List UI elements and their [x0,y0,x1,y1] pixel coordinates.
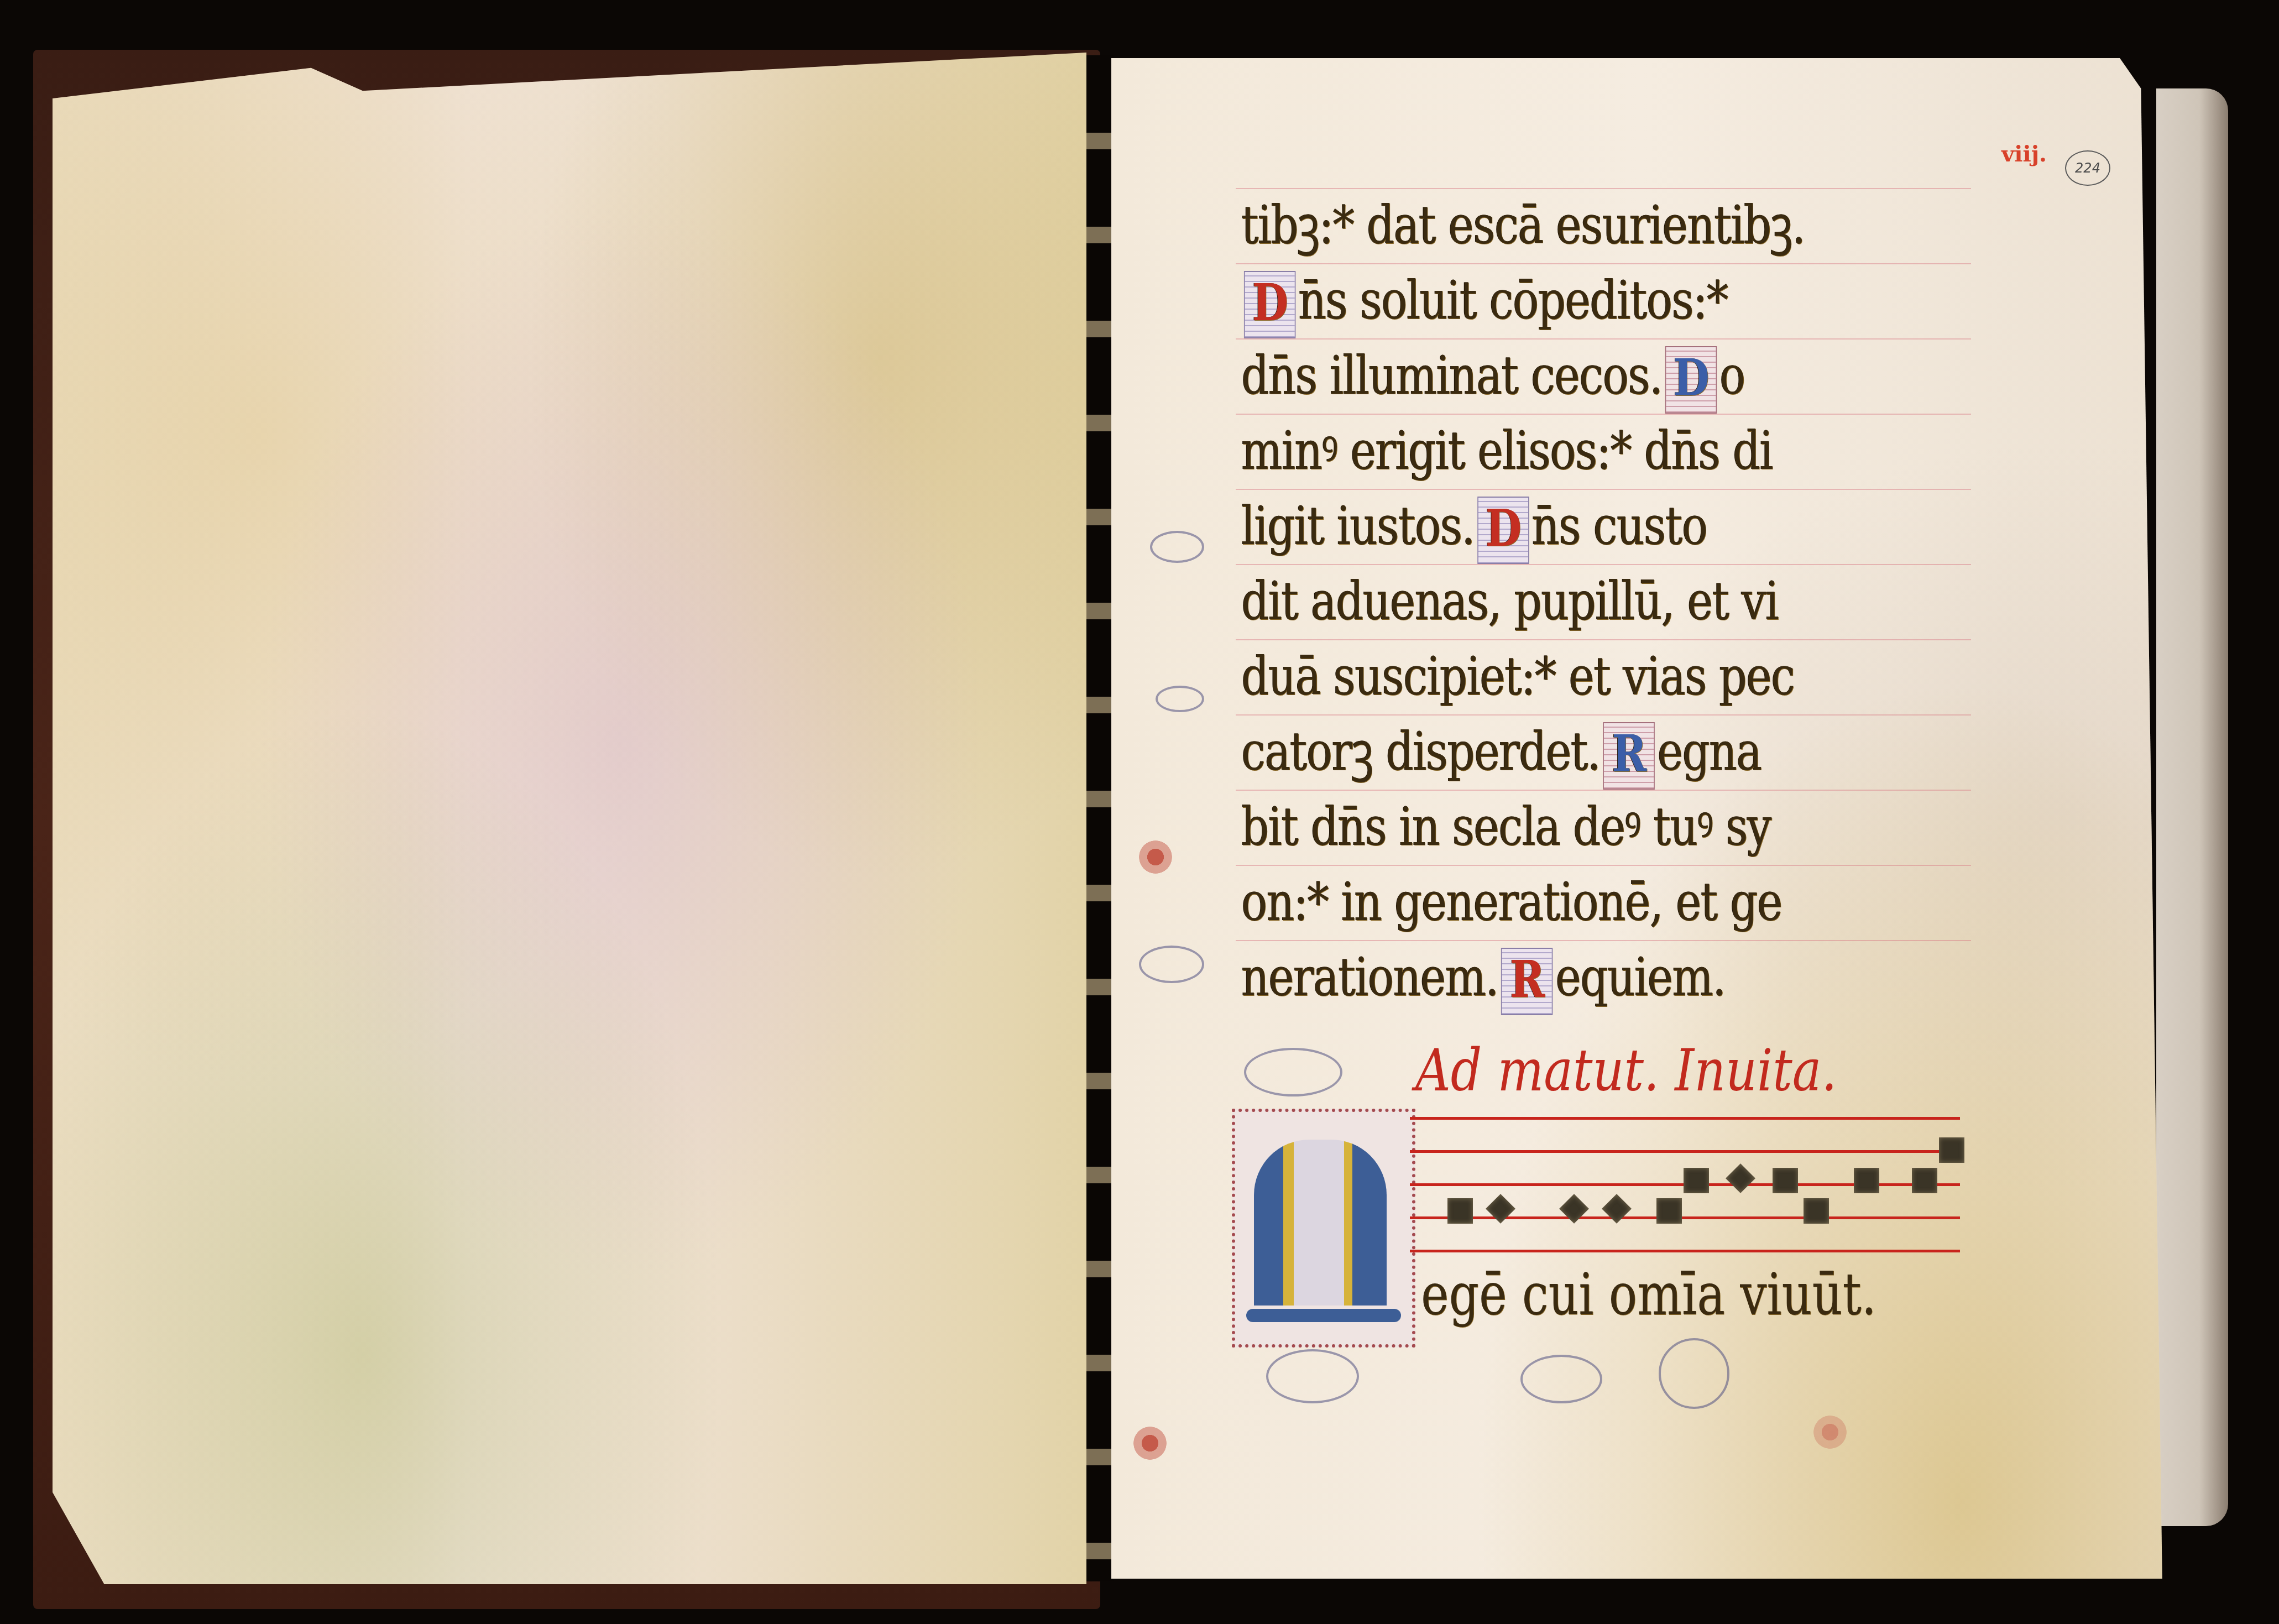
spine-gutter-sewing [1086,55,1114,1581]
neume-square [1912,1168,1937,1193]
text-segment: n̄s soluit cōpeditos:* [1298,269,1728,331]
text-segment: duā suscipiet:* et vias pec [1241,645,1795,707]
folio-roman-numeral: viij. [2001,141,2047,167]
red-flower-motif [1813,1416,1847,1449]
text-segment: o [1719,344,1745,406]
staff-line [1410,1117,1960,1120]
penwork-flourish [1244,1048,1342,1096]
penwork-flourish [1139,946,1204,983]
penwork-flourish [1266,1349,1359,1403]
text-line-content: catorꝫ disperdet.Regna [1241,721,1761,790]
text-segment: on:* in generationē, et ge [1241,871,1782,933]
staff-line [1410,1150,1960,1153]
page-edges-stack [2156,88,2228,1526]
text-line-content: minꝰ erigit elisos:* dn̄s di [1241,420,1773,481]
text-segment: tibꝫ:* dat escā esurientibꝫ. [1241,194,1805,256]
text-line-content: on:* in generationē, et ge [1241,871,1782,932]
neume-diamond [1726,1163,1755,1193]
neume-square [1939,1137,1964,1163]
decorated-initial-r: R [1603,722,1654,790]
text-line: Dn̄s soluit cōpeditos:* [1236,263,1971,338]
text-segment: n̄s custo [1531,495,1707,557]
text-line: tibꝫ:* dat escā esurientibꝫ. [1236,188,1971,263]
neume-square [1684,1168,1709,1193]
illuminated-initial-r [1232,1109,1415,1348]
chant-underlay-text: egē cui omīa viuūt. [1421,1261,1876,1328]
penwork-flourish [1156,686,1204,712]
text-segment: catorꝫ disperdet. [1241,720,1600,782]
text-line: dn̄s illuminat cecos.Do [1236,338,1971,414]
text-line-content: dit aduenas, pupillū, et vi [1241,571,1778,631]
penwork-flourish [1520,1355,1602,1403]
staff-line [1410,1216,1960,1219]
text-segment: equiem. [1555,946,1726,1008]
penwork-flourish [1659,1338,1729,1409]
text-line-content: dn̄s illuminat cecos.Do [1241,345,1745,414]
text-segment: ligit iustos. [1241,495,1475,557]
text-segment: nerationem. [1241,946,1498,1008]
text-line: dit aduenas, pupillū, et vi [1236,564,1971,639]
text-line-content: ligit iustos.Dn̄s custo [1241,495,1707,564]
text-segment: dit aduenas, pupillū, et vi [1241,570,1778,632]
text-line-content: tibꝫ:* dat escā esurientibꝫ. [1241,195,1805,255]
text-line-content: bit dn̄s in secla deꝰ tuꝰ sy [1241,796,1771,857]
music-staff [1410,1106,1960,1261]
folio-pencil-number: 224 [2065,150,2110,186]
initial-letter-body [1254,1140,1387,1306]
left-flyleaf [53,53,1086,1584]
decorated-initial-d: D [1244,271,1295,338]
staff-line [1410,1250,1960,1252]
neume-square [1804,1198,1829,1224]
neume-square [1854,1168,1879,1193]
text-line-content: nerationem.Requiem. [1241,947,1726,1015]
decorated-initial-d: D [1665,346,1717,414]
text-line: nerationem.Requiem. [1236,940,1971,1015]
text-line: on:* in generationē, et ge [1236,865,1971,940]
penwork-flourish [1150,531,1204,563]
neume-square [1656,1198,1682,1224]
rubric-heading: Ad matut. Inuita. [1415,1037,1837,1104]
text-line: ligit iustos.Dn̄s custo [1236,489,1971,564]
red-flower-motif [1139,840,1172,874]
text-segment: egna [1658,720,1761,782]
neume-square [1773,1168,1798,1193]
text-segment: minꝰ erigit elisos:* dn̄s di [1241,420,1773,482]
initial-letter-base [1246,1309,1401,1322]
chant-text-block: tibꝫ:* dat escā esurientibꝫ.Dn̄s soluit … [1236,188,1971,1015]
red-flower-motif [1133,1427,1167,1460]
decorated-initial-r: R [1501,948,1553,1015]
text-line-content: duā suscipiet:* et vias pec [1241,646,1795,707]
text-line: catorꝫ disperdet.Regna [1236,714,1971,790]
text-line: duā suscipiet:* et vias pec [1236,639,1971,714]
text-line: minꝰ erigit elisos:* dn̄s di [1236,414,1971,489]
text-segment: dn̄s illuminat cecos. [1241,344,1663,406]
text-segment: bit dn̄s in secla deꝰ tuꝰ sy [1241,796,1771,858]
text-line: bit dn̄s in secla deꝰ tuꝰ sy [1236,790,1971,865]
text-line-content: Dn̄s soluit cōpeditos:* [1241,270,1728,338]
neume-square [1447,1198,1473,1224]
decorated-initial-d: D [1477,497,1529,564]
